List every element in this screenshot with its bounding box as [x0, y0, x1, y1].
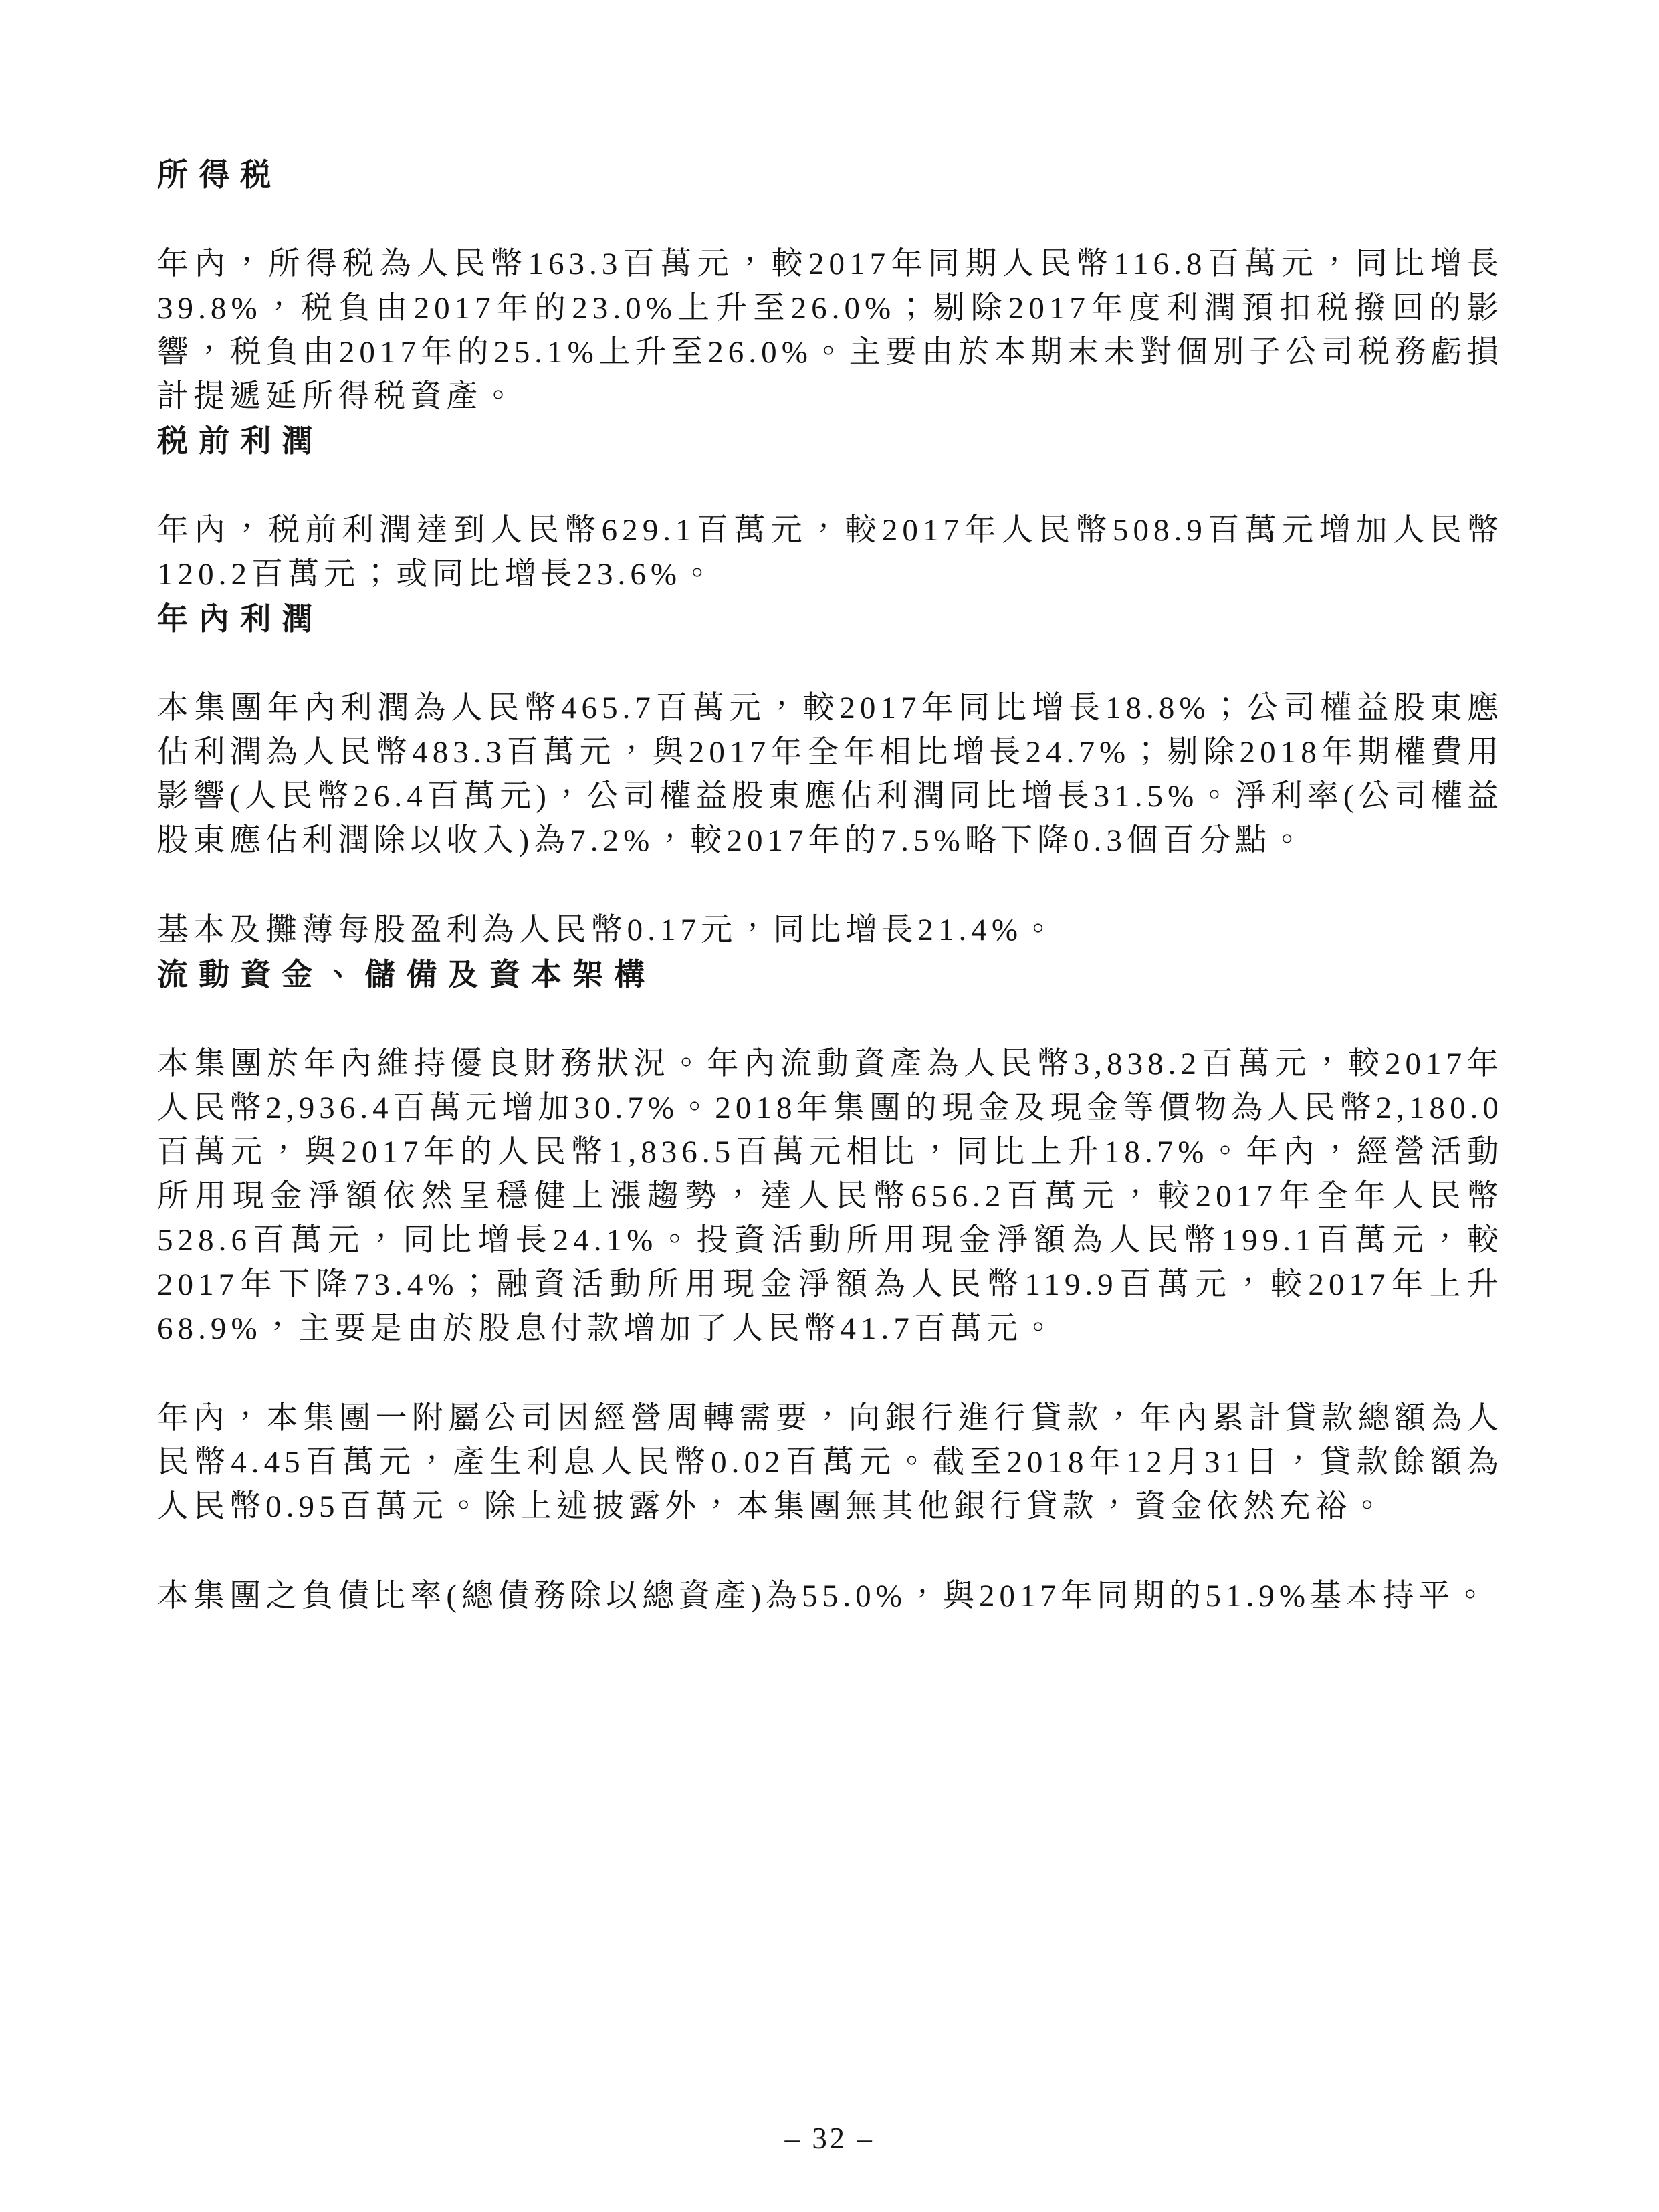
paragraph-profit-before-tax: 年內，税前利潤達到人民幣629.1百萬元，較2017年人民幣508.9百萬元增加… — [157, 508, 1503, 596]
document-page: 所得税 年內，所得税為人民幣163.3百萬元，較2017年同期人民幣116.8百… — [0, 0, 1659, 2212]
paragraph-income-tax: 年內，所得税為人民幣163.3百萬元，較2017年同期人民幣116.8百萬元，同… — [157, 242, 1503, 419]
paragraph-profit-for-the-year: 本集團年內利潤為人民幣465.7百萬元，較2017年同比增長18.8%；公司權益… — [157, 686, 1503, 863]
heading-profit-for-the-year: 年內利潤 — [157, 596, 1503, 641]
heading-profit-before-tax: 税前利潤 — [157, 419, 1503, 463]
section-profit-before-tax: 税前利潤 年內，税前利潤達到人民幣629.1百萬元，較2017年人民幣508.9… — [157, 419, 1503, 596]
text-block: 所得税 年內，所得税為人民幣163.3百萬元，較2017年同期人民幣116.8百… — [157, 152, 1503, 1618]
heading-liquidity-reserves-capital: 流動資金、儲備及資本架構 — [157, 952, 1503, 996]
section-liquidity-reserves-capital: 流動資金、儲備及資本架構 本集團於年內維持優良財務狀況。年內流動資產為人民幣3,… — [157, 952, 1503, 1618]
section-profit-for-the-year: 年內利潤 本集團年內利潤為人民幣465.7百萬元，較2017年同比增長18.8%… — [157, 596, 1503, 952]
paragraph-gearing-ratio: 本集團之負債比率(總債務除以總資產)為55.0%，與2017年同期的51.9%基… — [157, 1574, 1503, 1618]
page-number: – 32 – — [0, 2118, 1659, 2159]
section-income-tax: 所得税 年內，所得税為人民幣163.3百萬元，較2017年同期人民幣116.8百… — [157, 152, 1503, 419]
paragraph-liquidity: 本集團於年內維持優良財務狀況。年內流動資產為人民幣3,838.2百萬元，較201… — [157, 1042, 1503, 1351]
heading-income-tax: 所得税 — [157, 152, 1503, 197]
paragraph-bank-loans: 年內，本集團一附屬公司因經營周轉需要，向銀行進行貸款，年內累計貸款總額為人民幣4… — [157, 1396, 1503, 1529]
paragraph-earnings-per-share: 基本及攤薄每股盈利為人民幣0.17元，同比增長21.4%。 — [157, 908, 1503, 952]
